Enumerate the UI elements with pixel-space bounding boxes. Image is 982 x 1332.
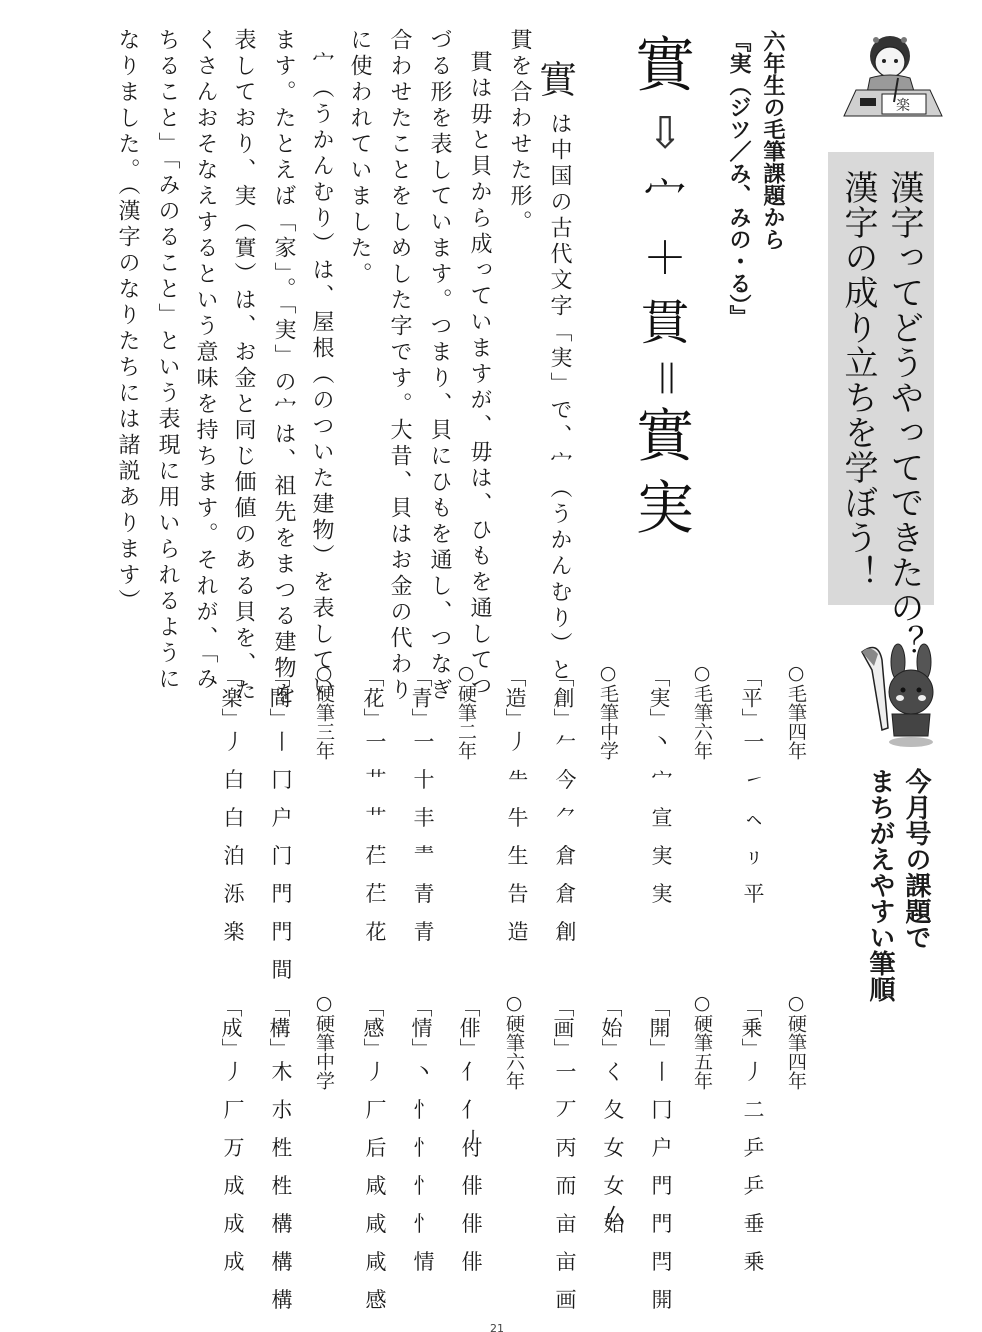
title-line-2: 漢字の成り立ちを学ぼう！ [836, 170, 880, 590]
stroke-row-zou: 「造」 丿 ⺧ 牛 生 告 造 [500, 666, 536, 954]
stroke-section-title-2: まちがえやすい筆順 [864, 768, 896, 1002]
subtitle-line-1: 六年生の毛筆課題から [758, 30, 786, 250]
body-column-4: づる形を表しています。つまり、貝にひもを通し、つなぎ [428, 28, 450, 704]
section-head-mohitsu-6: ○毛筆六年 [692, 662, 712, 760]
part-kan: 貫 [628, 290, 702, 356]
stroke-row-jou: 「乗」 丿 二 乒 乒 垂 乗 [736, 996, 772, 1284]
body-column-10: くさんおそなえするという意味を持ちます。それが、「み [194, 28, 216, 693]
character-composition: 實 ⇩ 宀 ＋ 貫 ＝ 實 実 [628, 30, 702, 544]
stroke-row-jou-emotion: 「情」 丶 忄 忄 忄 忄 情 [406, 996, 442, 1284]
body-column-1: は中国の古代文字「実」で、宀（うかんむり）と [548, 112, 570, 684]
down-arrow-icon: ⇩ [628, 102, 702, 166]
plus-sign: ＋ [628, 228, 702, 290]
stroke-row-kan: 「間」 丨 冂 户 门 門 門 間 [264, 666, 300, 992]
body-column-8: ます。たとえば「家」。「実」の宀は、祖先をまつる建物を [272, 28, 294, 708]
lead-ancient-glyph: 實 [538, 60, 578, 100]
equals-sign: ＝ [634, 356, 696, 400]
section-head-mohitsu-4: ○毛筆四年 [786, 662, 806, 760]
svg-text:楽: 楽 [896, 98, 910, 114]
section-head-kohitsu-chugaku: ○硬筆中学 [314, 992, 334, 1090]
body-column-9: 表しており、実（實）は、お金と同じ価値のある貝を、た [232, 28, 254, 704]
ancient-glyph: 實 [628, 30, 702, 102]
body-column-5: 合わせたことをしめした字です。大昔、貝はお金の代わり [388, 28, 410, 704]
body-column-12: なりました。（漢字のなりたちには諸説あります） [116, 28, 138, 615]
title-box: 漢字ってどうやってできたの？ 漢字の成り立ちを学ぼう！ [828, 152, 934, 605]
section-head-kohitsu-4: ○硬筆四年 [786, 992, 806, 1090]
result-new-form: 実 [628, 472, 702, 544]
stroke-row-ga: 「画」 一 丆 丙 而 亩 亩 画 [548, 996, 584, 1322]
stroke-row-sou: 「創」 𠂉 今 ⺈ 倉 倉 創 [548, 666, 584, 954]
section-head-kohitsu-2: ○硬筆二年 [456, 662, 476, 760]
stroke-row-ka: 「花」 一 艹 艹 芢 芢 花 [358, 666, 394, 954]
stroke-row-hei: 「平」 一 ㇀ ㇸ ㇼ 平 [736, 666, 772, 916]
stroke-row-kan-feel: 「感」 丿 厂 后 咸 咸 咸 感 [358, 996, 394, 1322]
section-head-mohitsu-chugaku: ○毛筆中学 [598, 662, 618, 760]
result-old-form: 實 [628, 400, 702, 472]
stroke-row-raku: 「楽」 丿 白 白 泊 泺 楽 [216, 666, 252, 954]
section-head-kohitsu-3: ○硬筆三年 [314, 662, 334, 760]
section-head-kohitsu-5: ○硬筆五年 [692, 992, 712, 1090]
stroke-section-title-1: 今月号の課題で [900, 768, 932, 950]
body-column-2: 貫を合わせた形。 [508, 28, 530, 236]
title-line-1: 漢字ってどうやってできたの？ [882, 170, 926, 660]
stroke-row-jitsu: 「実」 丶 宀 宣 実 実 [644, 666, 680, 916]
stroke-row-sei: 「青」 一 十 丰 龶 青 青 [406, 666, 442, 954]
stroke-row-kai: 「開」 丨 冂 户 門 門 閂 開 [644, 996, 680, 1322]
stroke-row-kou: 「構」 木 朩 栍 栍 構 構 構 [264, 996, 300, 1322]
section-head-kohitsu-6: ○硬筆六年 [504, 992, 524, 1090]
body-column-11: ちること」「みのること」という表現に用いられるように [156, 28, 178, 693]
stroke-row-shi: 「始」 く 夂 女 女厶 始 [596, 996, 632, 1246]
subtitle-line-2: 『実（ジツ／み、みの・る）』 [724, 30, 752, 327]
girl-calligraphy-illustration: 楽 [838, 28, 948, 138]
rabbit-with-brush-illustration [848, 640, 958, 750]
body-column-3: 貫は毋と貝から成っていますが、毋は、ひもを通してつ [468, 50, 490, 700]
body-column-7: 宀（うかんむり）は、屋根（のついた建物）を表してい [310, 50, 332, 700]
body-column-6: に使われていました。 [348, 28, 370, 288]
part-roof-radical: 宀 [628, 166, 702, 228]
stroke-row-hai: 「俳」 亻 亻丿 付 俳 俳 俳 [454, 996, 490, 1284]
page-number: 21 [490, 1322, 504, 1332]
stroke-row-sei-become: 「成」 丿 厂 万 成 成 成 [216, 996, 252, 1284]
